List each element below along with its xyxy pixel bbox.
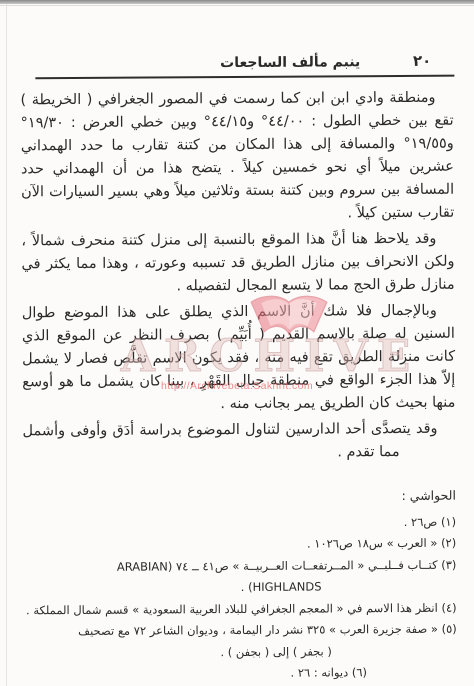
footnote-line: (٥) « صفة جزيرة العرب » ٣٢٥ نشر دار اليم… xyxy=(12,619,457,643)
footnotes-heading: الحواشي : xyxy=(11,485,456,509)
paragraph: وقد يلاحظ هنا أنَّ هذا الموقع بالنسبة إل… xyxy=(21,228,454,300)
footnote-line: (٦) ديوانه : ٢٦ . xyxy=(12,662,457,686)
footnote-line: (٣) كتــاب فــلبــي « المــرتفعــات العـ… xyxy=(11,554,456,578)
footnote-line: (٤) انظر هذا الاسم في « المعجم الجغرافي … xyxy=(12,597,457,621)
scanned-book-page: ٢٠ ينبم مألف الساجعات ومنطقة وادي ابن اب… xyxy=(0,0,474,686)
page-content: ٢٠ ينبم مألف الساجعات ومنطقة وادي ابن اب… xyxy=(0,0,474,686)
footnote-line: (٢) « العرب » س١٨ ص١٠٢٦ . xyxy=(11,533,456,557)
footnotes-section: الحواشي : (١) ص٢٦ . (٢) « العرب » س١٨ ص١… xyxy=(11,485,457,686)
paragraph-line: وقد يتصدَّى أحد الدارسين لتناول الموضوع … xyxy=(22,418,455,444)
paragraph-line: مما تقدم . xyxy=(23,441,456,467)
footnote-line: (١) ص٢٦ . xyxy=(11,511,456,535)
body-text: ومنطقة وادي ابن ابن كما رسمت في المصور ا… xyxy=(20,87,455,467)
paragraph: ومنطقة وادي ابن ابن كما رسمت في المصور ا… xyxy=(20,87,454,228)
paragraph: وبالإجمال فلا شك أنَّ الاسم الذي يطلق عل… xyxy=(22,300,456,418)
header-rule xyxy=(35,75,454,80)
page-number: ٢٠ xyxy=(413,52,431,70)
footnote-continuation-line: ( بجفر ) إلى ( بجفن ) . xyxy=(12,640,457,664)
footnote-continuation-line: HIGHLANDS) . xyxy=(11,576,456,600)
header-title: ينبم مألف الساجعات xyxy=(220,54,360,71)
